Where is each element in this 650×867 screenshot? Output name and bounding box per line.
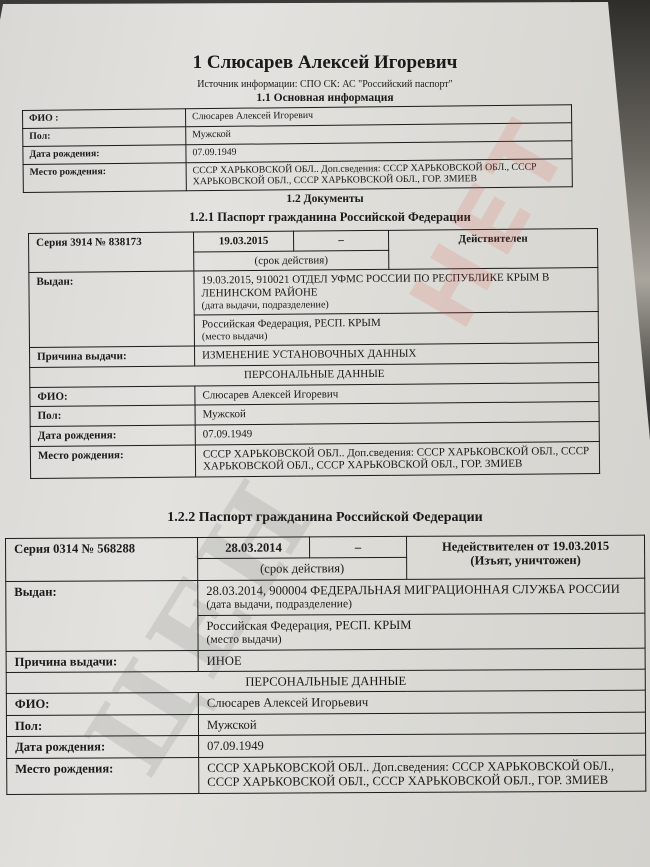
row-value: СССР ХАРЬКОВСКОЙ ОБЛ.. Доп.сведения: ССС…: [195, 441, 599, 477]
issued-by-cell: 19.03.2015, 910021 ОТДЕЛ УФМС РОССИИ ПО …: [194, 268, 598, 315]
passport-1-table: Серия 3914 № 838173 19.03.2015 – Действи…: [28, 228, 600, 479]
row-label: Пол:: [23, 127, 186, 147]
row-value: Мужской: [198, 712, 645, 736]
row-label: Место рождения:: [30, 445, 195, 479]
basic-info-table: ФИО : Слюсарев Алексей Игоревич Пол: Муж…: [22, 104, 573, 192]
source-line: Источник информации: СПО СК: АС "Российс…: [0, 79, 650, 90]
date-to: –: [309, 536, 406, 558]
passport-2-heading: 1.2.2 Паспорт гражданина Российской Феде…: [0, 510, 650, 526]
validity-caption: (срок действия): [194, 250, 389, 271]
issued-label: Выдан:: [6, 580, 198, 651]
row-label: Дата рождения:: [30, 425, 195, 446]
status-text: Действителен: [396, 232, 590, 246]
section-basic-heading: 1.1 Основная информация: [0, 92, 650, 104]
date-from: 19.03.2015: [193, 231, 293, 252]
row-label: Пол:: [30, 405, 195, 426]
reason-value: ИНОЕ: [198, 648, 645, 672]
reason-label: Причина выдачи:: [6, 650, 198, 672]
passport-status: Недействителен от 19.03.2015 (Изъят, уни…: [406, 535, 644, 579]
issued-by-cell: 28.03.2014, 900004 ФЕДЕРАЛЬНАЯ МИГРАЦИОН…: [198, 578, 645, 615]
passport-status: Действителен: [388, 229, 597, 270]
page-title: 1 Слюсарев Алексей Игоревич: [0, 52, 650, 74]
passport-series: Серия 3914 № 838173: [29, 232, 194, 273]
row-label: Место рождения:: [7, 757, 199, 794]
row-label: ФИО:: [6, 693, 198, 715]
passport-series: Серия 0314 № 568288: [6, 537, 198, 581]
row-label: Пол:: [6, 714, 198, 736]
row-label: ФИО:: [30, 386, 195, 407]
issued-by-caption: (дата выдачи, подразделение): [206, 596, 636, 612]
status-text: Недействителен от 19.03.2015: [415, 539, 636, 555]
row-label: Место рождения:: [23, 163, 186, 192]
date-to: –: [293, 230, 388, 250]
table-row: Место рождения: СССР ХАРЬКОВСКОЙ ОБЛ.. Д…: [30, 441, 599, 478]
row-label: Дата рождения:: [7, 736, 199, 758]
issued-by: 28.03.2014, 900004 ФЕДЕРАЛЬНАЯ МИГРАЦИОН…: [206, 582, 636, 599]
reason-label: Причина выдачи:: [30, 347, 195, 368]
issued-place-caption: (место выдачи): [202, 328, 591, 343]
issued-label: Выдан:: [29, 271, 195, 348]
issued-place-cell: Российская Федерация, РЕСП. КРЫМ (место …: [198, 613, 645, 650]
passport-2-table: Серия 0314 № 568288 28.03.2014 – Недейст…: [5, 535, 646, 795]
row-value: СССР ХАРЬКОВСКОЙ ОБЛ.. Доп.сведения: ССС…: [199, 755, 646, 793]
table-row: Место рождения: СССР ХАРЬКОВСКОЙ ОБЛ.. Д…: [7, 755, 646, 794]
row-label: ФИО :: [23, 109, 186, 129]
row-value: Слюсарев Алексей Игорьевич: [198, 691, 645, 715]
passport-1-heading: 1.2.1 Паспорт гражданина Российской Феде…: [0, 210, 650, 225]
issued-place-cell: Российская Федерация, РЕСП. КРЫМ (место …: [194, 312, 598, 347]
status-detail: (Изъят, уничтожен): [415, 553, 636, 569]
table-row: Место рождения: СССР ХАРЬКОВСКОЙ ОБЛ.. Д…: [23, 159, 572, 192]
row-label: Дата рождения:: [23, 145, 186, 165]
row-value: СССР ХАРЬКОВСКОЙ ОБЛ.. Доп.сведения: ССС…: [186, 159, 572, 191]
validity-caption: (срок действия): [198, 558, 407, 581]
row-value: 07.09.1949: [199, 734, 646, 758]
issued-place-caption: (место выдачи): [207, 631, 637, 647]
date-from: 28.03.2014: [197, 537, 309, 559]
section-documents-heading: 1.2 Документы: [0, 193, 650, 205]
issued-by: 19.03.2015, 910021 ОТДЕЛ УФМС РОССИИ ПО …: [201, 271, 590, 300]
